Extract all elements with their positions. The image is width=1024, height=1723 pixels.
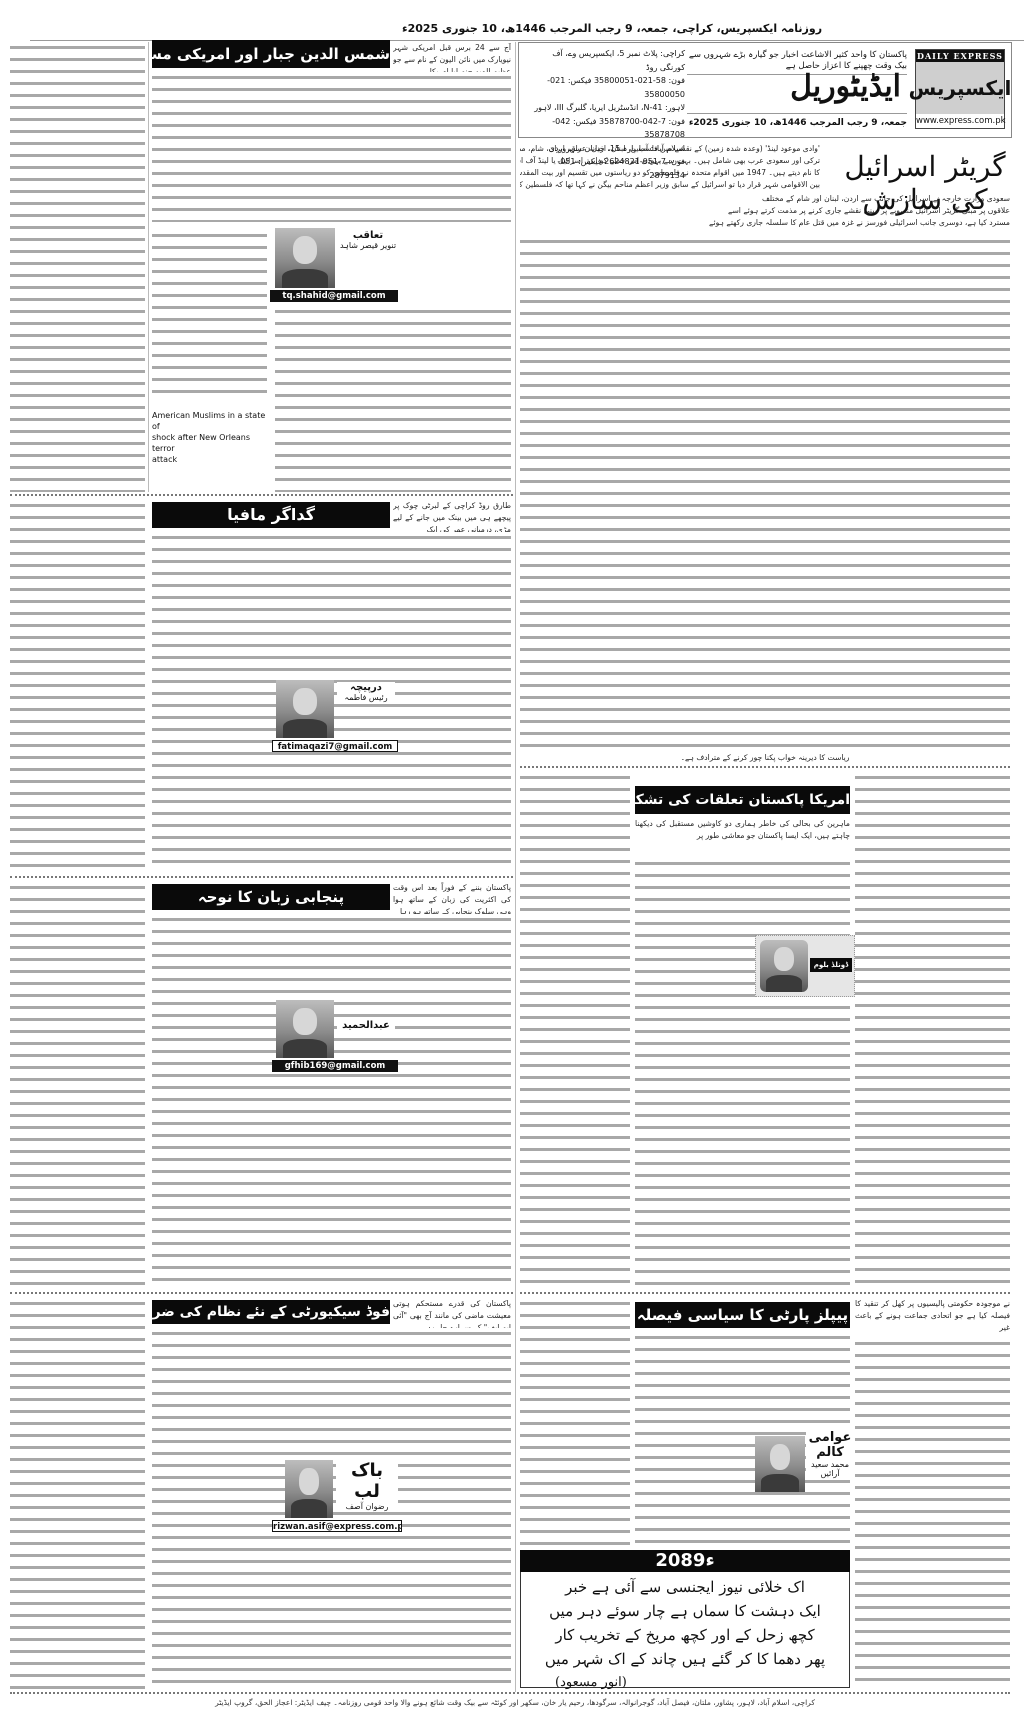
page-dateline: روزنامہ ایکسپریس، کراچی، جمعہ، 9 رجب الم… [0, 22, 1024, 35]
logo-url[interactable]: www.express.com.pk [916, 114, 1004, 128]
article-gadagar-intro: طارق روڈ کراچی کے لبرٹی چوک پر پیچھے ہی … [393, 500, 511, 536]
article-usa-pak-intro: ماہرین کی بحالی کی خاطر ہماری دو کاوشیں … [635, 818, 850, 854]
section-divider [520, 1292, 1010, 1294]
poem-line: کچھ زحل کے اور کچھ مریخ کے تخریب کار [525, 1623, 845, 1647]
author-photo-saeed-arain [755, 1436, 805, 1492]
author-email[interactable]: fatimaqazi7@gmail.com [272, 740, 398, 752]
english-quote: American Muslims in a state of shock aft… [152, 410, 267, 465]
headline-usa-pakistan: امریکا پاکستان تعلقات کی تشکیل نو [635, 786, 850, 814]
contact-line: کراچی: پلاٹ نمبر 5، ایکسپریس وے، آف کورن… [525, 47, 685, 74]
author-photo-raees-fatima [276, 680, 334, 738]
poem-text: اک خلائی نیوز ایجنسی سے آئی ہے خبر ایک د… [525, 1575, 845, 1695]
footer-divider [10, 1692, 1010, 1694]
article-punjabi-body [152, 914, 511, 1287]
author-name: عبدالحمید [337, 1020, 395, 1031]
headline-punjabi: پنجابی زبان کا نوحہ [152, 884, 390, 910]
poem-heading: 2089ء [520, 1550, 850, 1572]
author-email[interactable]: rizwan.asif@express.com.pk [272, 1520, 402, 1532]
contact-line: فون: 7-042-35878700 فیکس: 042-35878708 [525, 115, 685, 142]
poem-line: اک خلائی نیوز ایجنسی سے آئی ہے خبر [525, 1575, 845, 1599]
article-shamsuddin-left-col [10, 42, 145, 492]
article-usa-pak-col-right [855, 772, 1010, 1287]
section-divider [10, 876, 513, 878]
footer-imprint: کراچی، اسلام آباد، لاہور، پشاور، ملتان، … [20, 1698, 1010, 1707]
editorial-right-col-top: 'وادی موعود لینڈ' (وعدہ شدہ زمین) کے نقش… [520, 143, 820, 193]
section-divider [10, 1292, 513, 1294]
column-name-baak-lab: باک لب رضوان آصف [336, 1460, 398, 1511]
section-divider [10, 494, 513, 496]
article-usa-pak-body [635, 858, 850, 1287]
author-email[interactable]: tq.shahid@gmail.com [270, 290, 398, 302]
section-divider [520, 766, 1010, 768]
column-name-awami-column: عوامی کالم محمد سعید آرائیں [806, 1430, 854, 1478]
article-shamsuddin-col2 [275, 306, 511, 492]
editorial-lead: سعودی وزارت خارجہ نے اسرائیل کی جانب سے … [520, 193, 1010, 233]
article-food-security-left-col [10, 1298, 145, 1690]
editorial-masthead: DAILY EXPRESS ایکسپریس www.express.com.p… [518, 42, 1012, 138]
article-usa-pak-col-left [520, 772, 630, 1287]
contact-line: لاہور: N-41، انڈسٹریل ایریا، گلبرگ III، … [525, 101, 685, 115]
masthead-date: جمعہ، 9 رجب المرجب 1446ھ، 10 جنوری 2025ء [687, 113, 907, 128]
headline-ppp: پیپلز پارٹی کا سیاسی فیصلہ [635, 1302, 850, 1328]
author-photo-tanveer [275, 228, 335, 288]
editorial-closing: ریاست کا دیرینہ خواب پکنا چور کرنے کے مت… [520, 752, 1010, 766]
author-email[interactable]: gfhib169@gmail.com [272, 1060, 398, 1072]
logo-globe-icon: ایکسپریس [916, 62, 1004, 114]
author-photo-donald-blome [760, 940, 808, 992]
article-gadagar-left-col [10, 500, 145, 872]
express-logo: DAILY EXPRESS ایکسپریس www.express.com.p… [915, 49, 1005, 129]
article-shamsuddin-body [152, 72, 511, 222]
section-title: ایڈیٹوریل [790, 69, 901, 104]
article-ppp-col-left [520, 1298, 630, 1546]
article-ppp-col-right [855, 1338, 1010, 1688]
author-name-badge: ڈونلڈ بلوم [810, 958, 852, 972]
poem-line: پھر دھما کا کر گئے ہیں چاند کے اک شہر می… [525, 1647, 845, 1671]
logo-daily-express: DAILY EXPRESS [916, 50, 1004, 62]
editorial-body-text [520, 236, 1010, 751]
author-photo-abdul-hameed [276, 1000, 334, 1058]
poem-line: ایک دہشت کا سماں ہے چار سوئے دہر میں [525, 1599, 845, 1623]
column-name-dareecha: درپیچہ رئیس فاطمہ [337, 682, 395, 702]
headline-shamsuddin: شمس الدین جبار اور امریکی مسلمانوں کی شر… [152, 40, 390, 68]
column-name-taaqub: تعاقب تنویر قیصر شاہد [338, 230, 398, 250]
article-shamsuddin-col3: American Muslims in a state of shock aft… [152, 230, 267, 492]
contact-line: فون: 58-021-35800051 فیکس: 021-35800050 [525, 74, 685, 101]
headline-food-security: فوڈ سیکیورٹی کے نئے نظام کی ضرورت [152, 1300, 390, 1324]
article-punjabi-intro: پاکستان بننے کے فوراً بعد اس وقت کی اکثر… [393, 882, 511, 918]
headline-gadagar: گداگر مافیا [152, 502, 390, 528]
column-rule [515, 42, 516, 1692]
column-rule [148, 42, 149, 492]
article-punjabi-left-col [10, 882, 145, 1287]
article-ppp-intro: نے موجودہ حکومتی پالیسیوں پر کھل کر تنقی… [855, 1298, 1010, 1334]
author-photo-rizwan-asif [285, 1460, 333, 1518]
